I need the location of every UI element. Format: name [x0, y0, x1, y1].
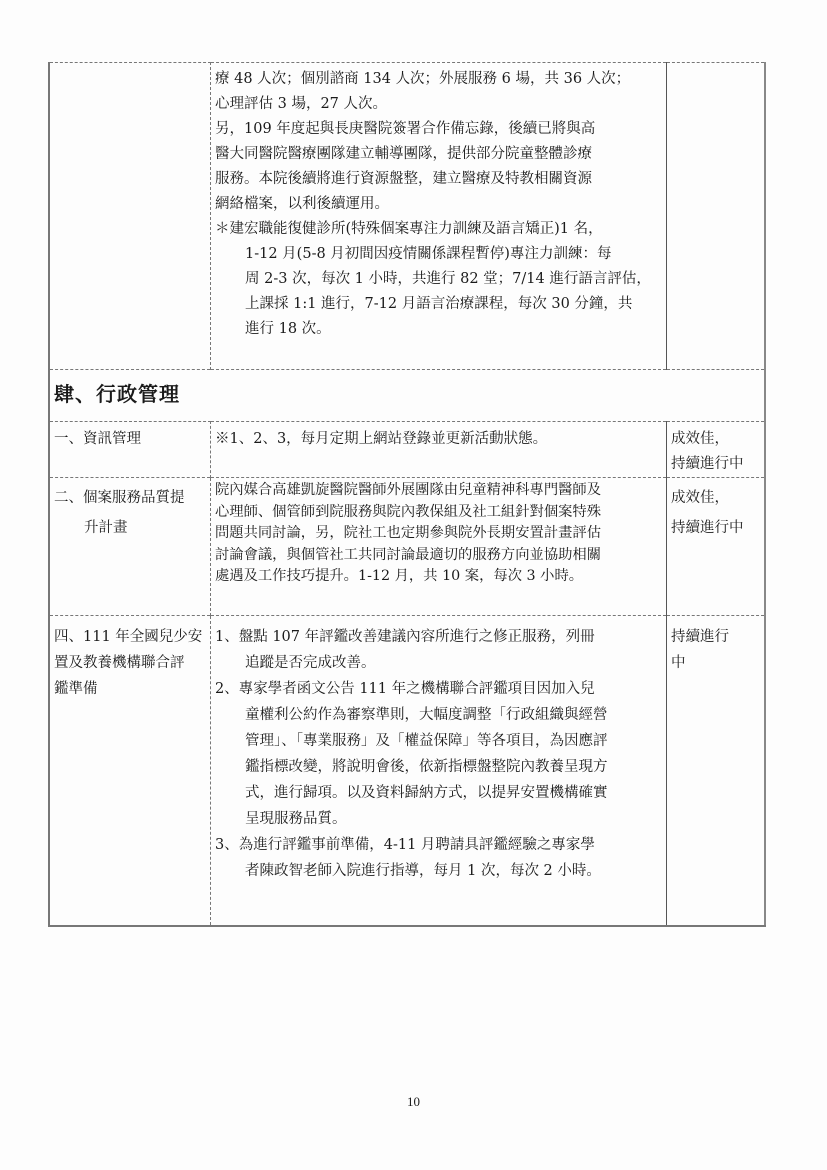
content-item: 2、專家學者函文公告 111 年之機構聯合評鑑項目因加入兒: [215, 676, 662, 702]
paragraph-line: 療 48 人次；個別諮商 134 人次；外展服務 6 場，共 36 人次；: [215, 67, 662, 92]
item-label: 一、資訊管理: [54, 427, 206, 452]
table-row: 四、111 年全國兒少安 置及教養機構聯合評 鑑準備 1、盤點 107 年評鑑改…: [49, 616, 765, 926]
note-line: 進行 18 次。: [215, 317, 662, 342]
paragraph-line: 心理評估 3 場，27 人次。: [215, 92, 662, 117]
section-title: 肆、行政管理: [50, 370, 764, 421]
table-row: 二、個案服務品質提 升計畫 院內媒合高雄凱旋醫院醫師外展團隊由兒童精神科專門醫師…: [49, 478, 765, 616]
content-cell: 1、盤點 107 年評鑑改善建議內容所進行之修正服務，列冊 追蹤是否完成改善。 …: [211, 616, 667, 926]
item-label: 置及教養機構聯合評: [54, 650, 206, 676]
item-label: 升計畫: [54, 513, 206, 543]
status-line: 成效佳，: [671, 483, 762, 513]
status-line: 持續進行中: [671, 513, 762, 543]
item-label: 四、111 年全國兒少安: [54, 624, 206, 650]
item-cell: 四、111 年全國兒少安 置及教養機構聯合評 鑑準備: [49, 616, 211, 926]
note-line: 上課採 1:1 進行，7-12 月語言治療課程，每次 30 分鐘，共: [215, 292, 662, 317]
content-line: 式，進行歸項。以及資料歸納方式，以提昇安置機構確實: [215, 780, 662, 806]
section-header-row: 肆、行政管理: [49, 370, 765, 422]
content-cell: 療 48 人次；個別諮商 134 人次；外展服務 6 場，共 36 人次； 心理…: [211, 63, 667, 370]
work-report-table: 療 48 人次；個別諮商 134 人次；外展服務 6 場，共 36 人次； 心理…: [48, 62, 766, 927]
page-number: 10: [0, 1094, 827, 1110]
paragraph-line: 服務。本院後續將進行資源盤整，建立醫療及特教相關資源: [215, 167, 662, 192]
status-line: 持續進行中: [671, 452, 762, 477]
content-line: 處遇及工作技巧提升。1-12 月，共 10 案，每次 3 小時。: [215, 566, 662, 588]
paragraph-line: 另，109 年度起與長庚醫院簽署合作備忘錄，後續已將與高: [215, 117, 662, 142]
content-line: 問題共同討論，另，院社工也定期參與院外長期安置計畫評估: [215, 523, 662, 545]
status-line: 持續進行: [671, 624, 762, 650]
content-line: 心理師、個管師到院服務與院內教保組及社工組針對個案特殊: [215, 502, 662, 524]
content-line: 童權利公約作為審察準則，大幅度調整「行政組織與經營: [215, 702, 662, 728]
table-row-continued: 療 48 人次；個別諮商 134 人次；外展服務 6 場，共 36 人次； 心理…: [49, 63, 765, 370]
content-line: 管理」、「專業服務」及「權益保障」等各項目，為因應評: [215, 728, 662, 754]
item-label: 二、個案服務品質提: [54, 483, 206, 513]
item-cell-empty: [49, 63, 211, 370]
item-label: 鑑準備: [54, 676, 206, 702]
paragraph-line: 醫大同醫院醫療團隊建立輔導團隊，提供部分院童整體診療: [215, 142, 662, 167]
content-item: 1、盤點 107 年評鑑改善建議內容所進行之修正服務，列冊: [215, 624, 662, 650]
table-row: 一、資訊管理 ※1、2、3，每月定期上網站登錄並更新活動狀態。 成效佳， 持續進…: [49, 422, 765, 478]
content-line: 討論會議，與個管社工共同討論最適切的服務方向並協助相關: [215, 545, 662, 567]
document-page: 療 48 人次；個別諮商 134 人次；外展服務 6 場，共 36 人次； 心理…: [0, 0, 827, 1170]
paragraph-line: 網絡檔案，以利後續運用。: [215, 192, 662, 217]
status-cell: 持續進行 中: [667, 616, 766, 926]
status-cell-empty: [667, 63, 766, 370]
status-line: 成效佳，: [671, 427, 762, 452]
content-line: 追蹤是否完成改善。: [215, 650, 662, 676]
note-line: 周 2-3 次，每次 1 小時，共進行 82 堂；7/14 進行語言評估，: [215, 267, 662, 292]
status-cell: 成效佳， 持續進行中: [667, 422, 766, 478]
content-cell: ※1、2、3，每月定期上網站登錄並更新活動狀態。: [211, 422, 667, 478]
note-line: 1-12 月(5-8 月初間因疫情關係課程暫停)專注力訓練：每: [215, 242, 662, 267]
section-header-cell: 肆、行政管理: [49, 370, 765, 422]
item-cell: 二、個案服務品質提 升計畫: [49, 478, 211, 616]
content-line: 院內媒合高雄凱旋醫院醫師外展團隊由兒童精神科專門醫師及: [215, 480, 662, 502]
content-cell: 院內媒合高雄凱旋醫院醫師外展團隊由兒童精神科專門醫師及 心理師、個管師到院服務與…: [211, 478, 667, 616]
status-cell: 成效佳， 持續進行中: [667, 478, 766, 616]
content-line: ※1、2、3，每月定期上網站登錄並更新活動狀態。: [215, 427, 662, 452]
content-item: 3、為進行評鑑事前準備，4-11 月聘請具評鑑經驗之專家學: [215, 832, 662, 858]
status-line: 中: [671, 650, 762, 676]
note-heading: ＊建宏職能復健診所(特殊個案專注力訓練及語言矯正)1 名，: [215, 217, 662, 242]
item-cell: 一、資訊管理: [49, 422, 211, 478]
content-line: 呈現服務品質。: [215, 806, 662, 832]
content-line: 者陳政智老師入院進行指導，每月 1 次，每次 2 小時。: [215, 858, 662, 884]
content-line: 鑑指標改變，將說明會後，依新指標盤整院內教養呈現方: [215, 754, 662, 780]
